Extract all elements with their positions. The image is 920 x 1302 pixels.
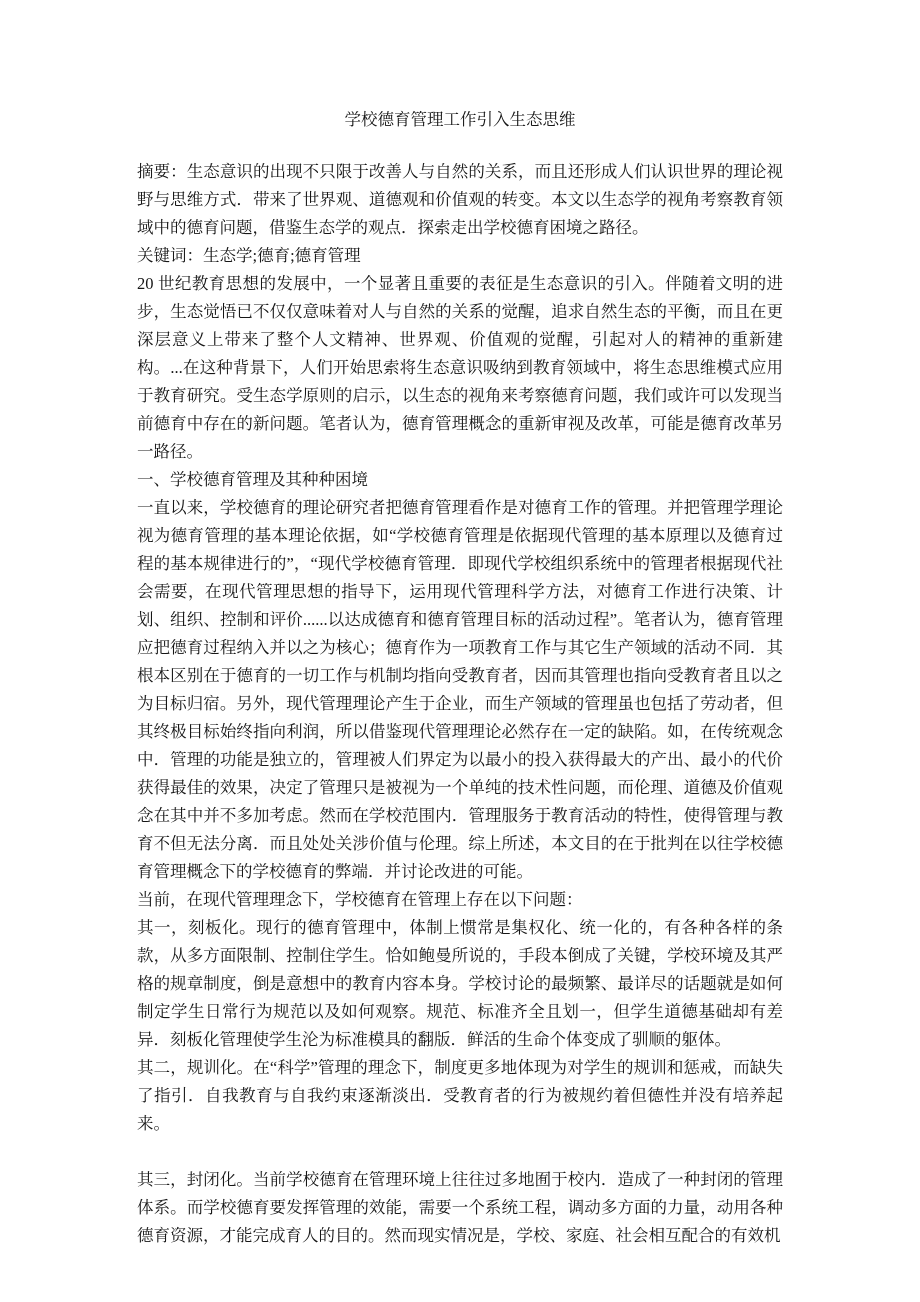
paragraph-intro: 20 世纪教育思想的发展中，一个显著且重要的表征是生态意识的引入。伴随着文明的进… bbox=[137, 270, 783, 466]
paragraph-problem-1: 其一，刻板化。现行的德育管理中，体制上惯常是集权化、统一化的，有各种各样的条款，… bbox=[137, 914, 783, 1054]
paragraph-abstract: 摘要：生态意识的出现不只限于改善人与自然的关系，而且还形成人们认识世界的理论视野… bbox=[137, 158, 783, 242]
document-title: 学校德育管理工作引入生态思维 bbox=[137, 106, 783, 134]
paragraph-problems-intro: 当前，在现代管理理念下，学校德育在管理上存在以下问题： bbox=[137, 886, 783, 914]
paragraph-keywords: 关键词：生态学;德育;德育管理 bbox=[137, 242, 783, 270]
paragraph-problem-2: 其二，规训化。在“科学”管理的理念下，制度更多地体现为对学生的规训和惩戒，而缺失… bbox=[137, 1054, 783, 1138]
document-body: 学校德育管理工作引入生态思维 摘要：生态意识的出现不只限于改善人与自然的关系，而… bbox=[137, 106, 783, 1250]
document-page: 学校德育管理工作引入生态思维 摘要：生态意识的出现不只限于改善人与自然的关系，而… bbox=[0, 0, 920, 1302]
section-heading-1: 一、学校德育管理及其种种困境 bbox=[137, 466, 783, 494]
paragraph-section1-body: 一直以来，学校德育的理论研究者把德育管理看作是对德育工作的管理。并把管理学理论视… bbox=[137, 494, 783, 886]
paragraph-problem-3: 其三，封闭化。当前学校德育在管理环境上往往过多地囿于校内．造成了一种封闭的管理体… bbox=[137, 1166, 783, 1250]
blank-line bbox=[137, 1138, 783, 1166]
